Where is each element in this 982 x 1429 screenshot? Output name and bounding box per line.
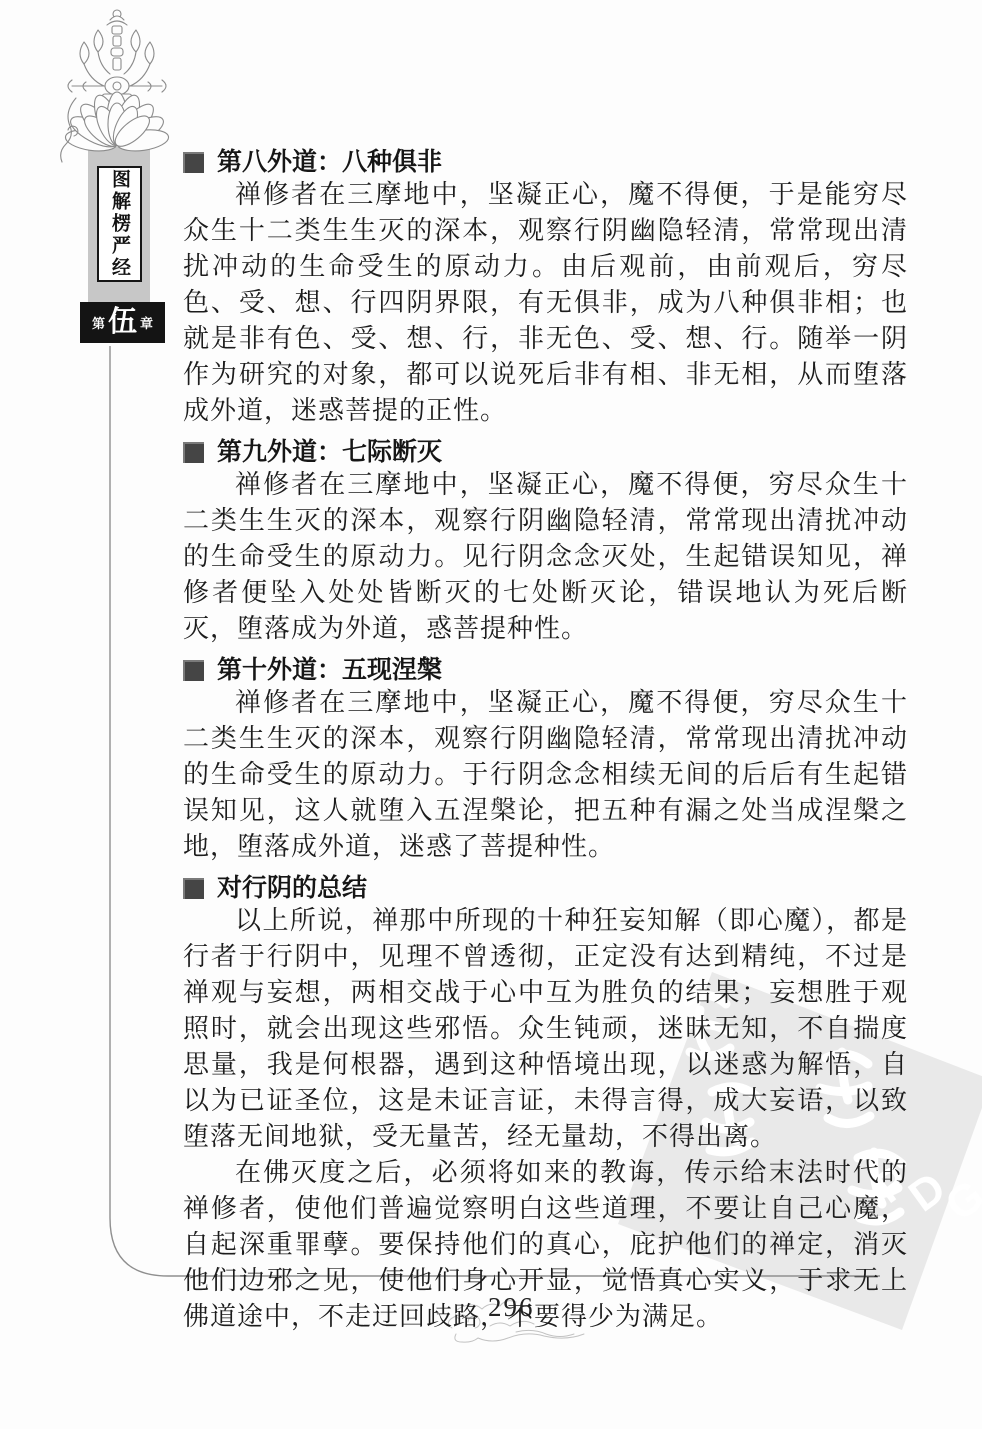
body-paragraph: 禅修者在三摩地中，坚凝正心，魔不得便，穷尽众生十二类生生灭的深本，观察行阴幽隐轻… — [183, 467, 908, 647]
section-bullet-icon — [183, 442, 204, 463]
book-page: { "page": { "number": "296" }, "sidebar"… — [0, 0, 982, 1429]
chapter-numeral: 伍 — [108, 308, 137, 337]
body-paragraph: 以上所说，禅那中所现的十种狂妄知解（即心魔），都是行者于行阴中，见理不曾透彻，正… — [183, 903, 908, 1155]
section-heading-text: 对行阴的总结 — [217, 873, 367, 903]
page-number: 296 — [488, 1292, 535, 1323]
section-heading: 对行阴的总结 — [183, 873, 908, 903]
section-heading: 第九外道：七际断灭 — [183, 437, 908, 467]
book-title-box: 图解楞严经 — [97, 166, 142, 282]
section-heading-text: 第十外道：五现涅槃 — [217, 655, 442, 685]
book-title: 图解楞严经 — [110, 169, 129, 279]
section-heading-text: 第八外道：八种俱非 — [217, 147, 442, 177]
section-bullet-icon — [183, 878, 204, 899]
section-heading: 第十外道：五现涅槃 — [183, 655, 908, 685]
section-bullet-icon — [183, 660, 204, 681]
chapter-suffix: 章 — [140, 313, 153, 332]
page-content: 第八外道：八种俱非 禅修者在三摩地中，坚凝正心，魔不得便，于是能穷尽众生十二类生… — [183, 147, 908, 1335]
lotus-vajra-emblem-icon — [52, 2, 182, 170]
section-heading-text: 第九外道：七际断灭 — [217, 437, 442, 467]
chapter-prefix: 第 — [92, 313, 105, 332]
body-paragraph: 禅修者在三摩地中，坚凝正心，魔不得便，于是能穷尽众生十二类生生灭的深本，观察行阴… — [183, 177, 908, 429]
section-heading: 第八外道：八种俱非 — [183, 147, 908, 177]
section-bullet-icon — [183, 152, 204, 173]
chapter-badge: 第 伍 章 — [80, 302, 165, 343]
body-paragraph: 禅修者在三摩地中，坚凝正心，魔不得便，穷尽众生十二类生生灭的深本，观察行阴幽隐轻… — [183, 685, 908, 865]
body-paragraph: 在佛灭度之后，必须将如来的教诲，传示给末法时代的禅修者，使他们普遍觉察明白这些道… — [183, 1155, 908, 1335]
